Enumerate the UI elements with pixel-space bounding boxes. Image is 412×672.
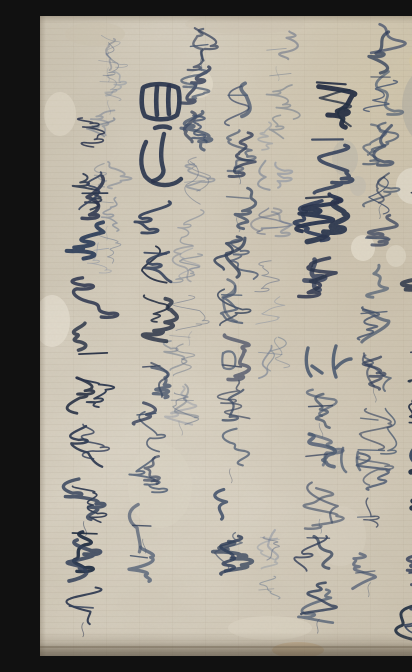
manuscript-photo: Photograph of a handwritten Japanese let… (40, 16, 412, 656)
paper-grain-texture (40, 16, 412, 656)
manuscript-art (40, 16, 412, 656)
